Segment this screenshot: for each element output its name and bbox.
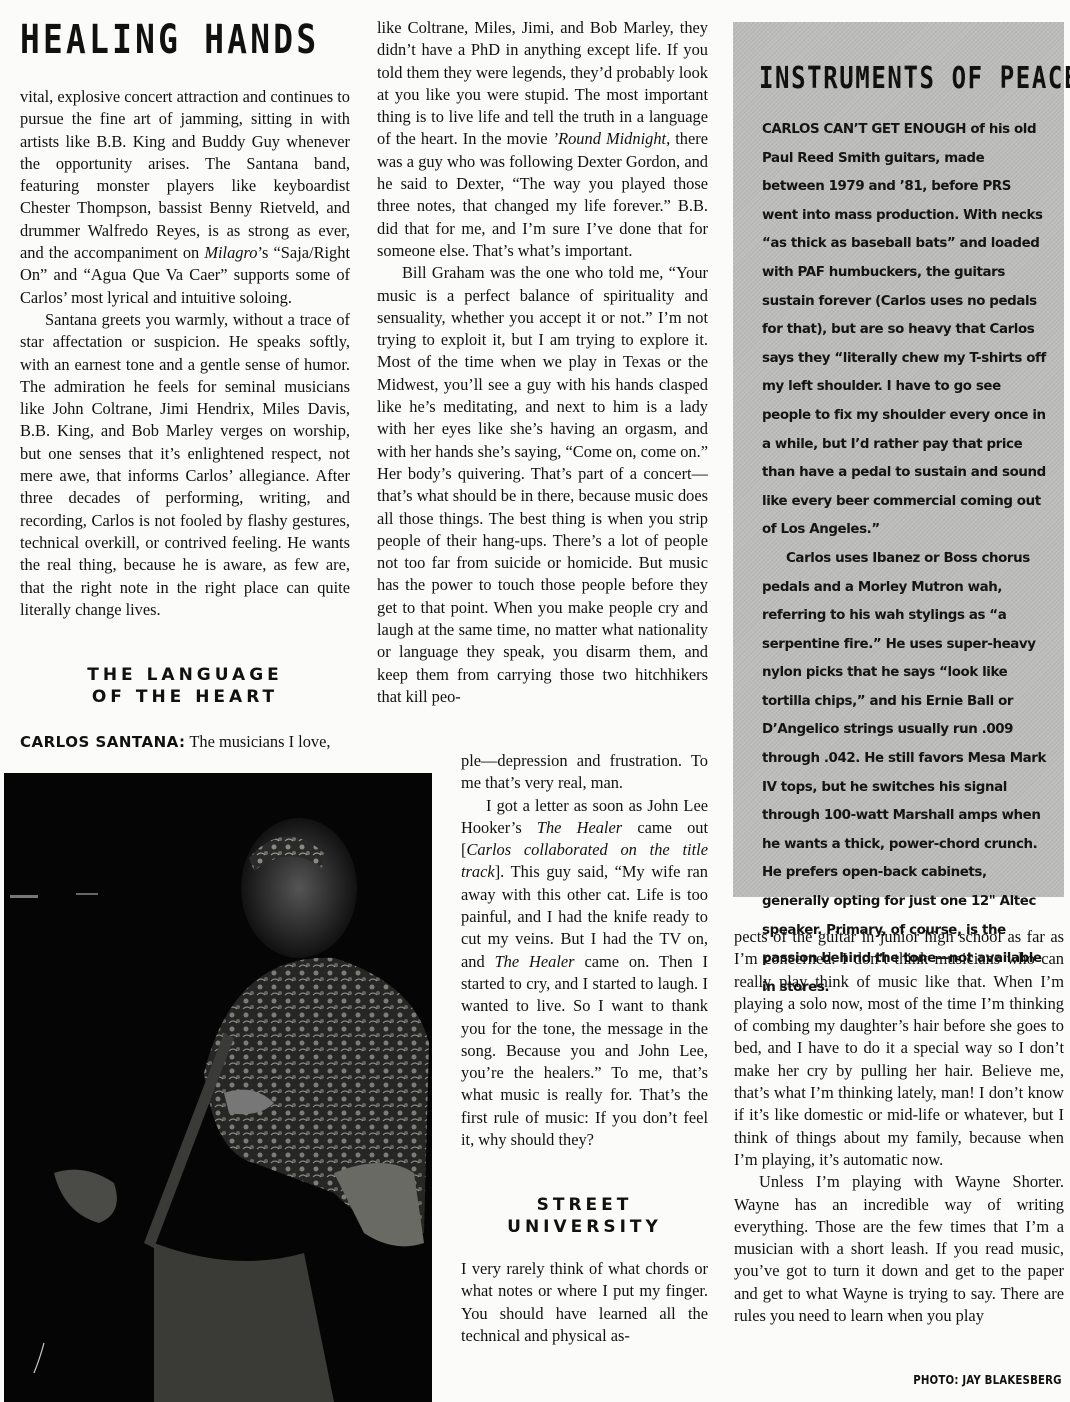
subhead-language-of-the-heart: THE LANGUAGE OF THE HEART <box>20 664 350 708</box>
subhead-street-university: STREET UNIVERSITY <box>461 1194 708 1238</box>
sidebar-lead: CARLOS CAN’T GET ENOUGH <box>762 122 966 137</box>
article-column-2-end: I very rarely think of what chords or wh… <box>461 1258 708 1347</box>
interview-lead: CARLOS SANTANA: The musicians I love, <box>20 731 360 753</box>
photo-credit: PHOTO: JAY BLAKESBERG <box>913 1373 1062 1387</box>
paragraph: Bill Graham was the one who told me, “Yo… <box>377 262 708 708</box>
article-column-2-continued: ple—depression and frustration. To me th… <box>461 750 708 1151</box>
article-title: Healing Hands <box>20 18 319 62</box>
sidebar-title: INSTRUMENTS OF PEACE <box>759 62 1070 96</box>
paragraph: I got a letter as soon as John Lee Hooke… <box>461 795 708 1152</box>
paragraph: Carlos uses Ibanez or Boss chorus pedals… <box>762 545 1047 1003</box>
photo-carlos-santana <box>4 773 432 1402</box>
paragraph: vital, explosive concert attraction and … <box>20 86 350 309</box>
paragraph: I very rarely think of what chords or wh… <box>461 1258 708 1347</box>
paragraph: Santana greets you warmly, without a tra… <box>20 309 350 621</box>
sidebar-instruments-of-peace: INSTRUMENTS OF PEACE CARLOS CAN’T GET EN… <box>733 22 1064 897</box>
paragraph: ple—depression and frustration. To me th… <box>461 750 708 795</box>
paragraph: like Coltrane, Miles, Jimi, and Bob Marl… <box>377 17 708 262</box>
guitarist-photo-illustration <box>4 773 432 1402</box>
article-column-2: like Coltrane, Miles, Jimi, and Bob Marl… <box>377 17 708 708</box>
movie-title: ’Round Midnight <box>553 129 666 148</box>
speaker-name: CARLOS SANTANA: <box>20 733 186 751</box>
album-title: Milagro <box>204 243 257 262</box>
article-column-1: vital, explosive concert attraction and … <box>20 86 350 621</box>
paragraph: CARLOS CAN’T GET ENOUGH of his old Paul … <box>762 116 1047 545</box>
sidebar-body: CARLOS CAN’T GET ENOUGH of his old Paul … <box>762 116 1047 1002</box>
paragraph: Unless I’m playing with Wayne Shorter. W… <box>734 1171 1064 1327</box>
